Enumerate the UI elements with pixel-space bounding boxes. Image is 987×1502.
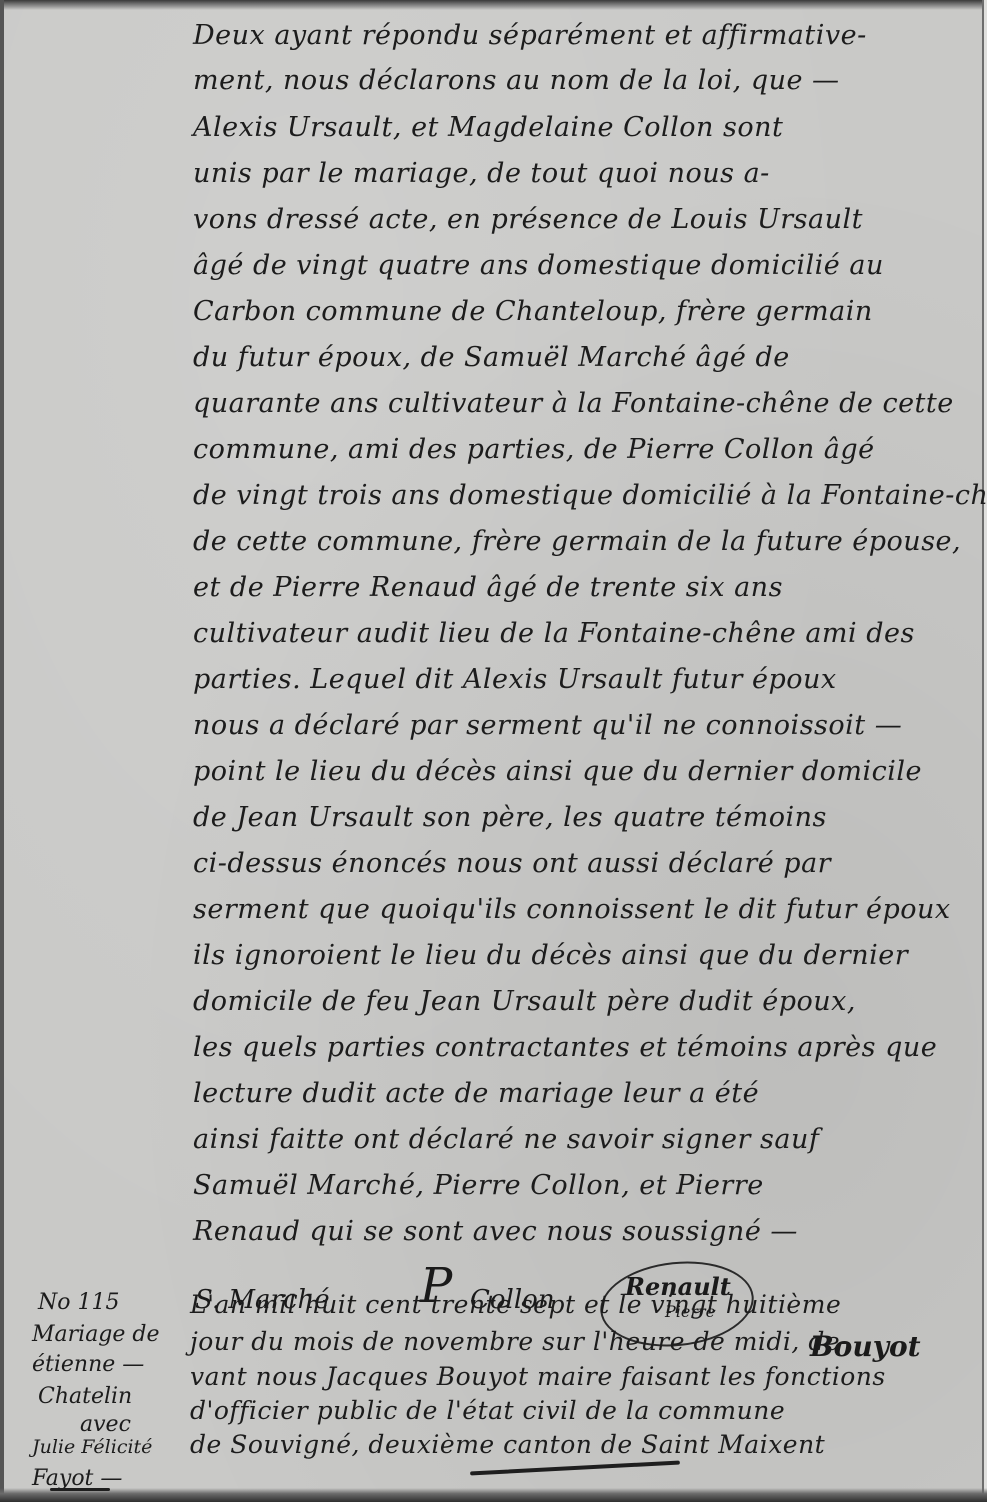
body-line: et de Pierre Renaud âgé de trente six an… <box>193 572 783 603</box>
body-line: ils ignoroient le lieu du décès ainsi qu… <box>193 940 908 971</box>
body-line: de cette commune, frère germain de la fu… <box>193 526 961 557</box>
entry-line: jour du mois de novembre sur l'heure de … <box>190 1327 849 1356</box>
body-line: commune, ami des parties, de Pierre Coll… <box>193 434 875 465</box>
entry-line: vant nous Jacques Bouyot maire faisant l… <box>190 1362 886 1391</box>
body-line: Alexis Ursault, et Magdelaine Collon son… <box>193 112 783 143</box>
margin-note-line: étienne — <box>32 1352 144 1377</box>
body-line: Deux ayant répondu séparément et affirma… <box>193 20 867 51</box>
entry-line: de Souvigné, deuxième canton de Saint Ma… <box>190 1430 825 1459</box>
margin-flourish-stroke <box>50 1488 110 1491</box>
page-top-edge <box>0 0 987 10</box>
body-line: les quels parties contractantes et témoi… <box>193 1032 937 1063</box>
margin-note-line: avec <box>80 1412 131 1437</box>
body-line: unis par le mariage, de tout quoi nous a… <box>193 158 770 189</box>
body-line: du futur époux, de Samuël Marché âgé de <box>193 342 790 373</box>
body-line: nous a déclaré par serment qu'il ne conn… <box>193 710 902 741</box>
body-line: parties. Lequel dit Alexis Ursault futur… <box>193 664 837 695</box>
body-line: âgé de vingt quatre ans domestique domic… <box>193 250 884 281</box>
page-bottom-edge <box>0 1488 987 1502</box>
body-line: domicile de feu Jean Ursault père dudit … <box>193 986 856 1017</box>
body-line: serment que quoiqu'ils connoissent le di… <box>193 894 951 925</box>
page-left-edge <box>0 0 4 1502</box>
body-line: de vingt trois ans domestique domicilié … <box>193 480 987 511</box>
margin-note-line: Julie Félicité <box>32 1436 152 1458</box>
body-line: Renaud qui se sont avec nous soussigné — <box>193 1216 798 1247</box>
body-line: lecture dudit acte de mariage leur a été <box>193 1078 759 1109</box>
body-line: quarante ans cultivateur à la Fontaine-c… <box>193 388 954 419</box>
body-line: Carbon commune de Chanteloup, frère germ… <box>193 296 873 327</box>
entry-line: d'officier public de l'état civil de la … <box>190 1396 785 1425</box>
entry-number: No 115 <box>38 1290 119 1315</box>
body-line: cultivateur audit lieu de la Fontaine-ch… <box>193 618 915 649</box>
flourish-stroke <box>470 1461 680 1476</box>
body-line: Samuël Marché, Pierre Collon, et Pierre <box>193 1170 764 1201</box>
body-line: de Jean Ursault son père, les quatre tém… <box>193 802 827 833</box>
body-line: ci-dessus énoncés nous ont aussi déclaré… <box>193 848 831 879</box>
margin-note-line: Mariage de <box>32 1322 160 1347</box>
margin-note-line: Chatelin <box>38 1384 132 1409</box>
entry-line: L'an mil huit cent trente sept et le vin… <box>190 1290 841 1319</box>
body-line: ment, nous déclarons au nom de la loi, q… <box>193 65 840 96</box>
body-line: vons dressé acte, en présence de Louis U… <box>193 204 863 235</box>
register-page: Deux ayant répondu séparément et affirma… <box>0 0 987 1502</box>
body-line: ainsi faitte ont déclaré ne savoir signe… <box>193 1124 819 1155</box>
body-line: point le lieu du décès ainsi que du dern… <box>193 756 922 787</box>
